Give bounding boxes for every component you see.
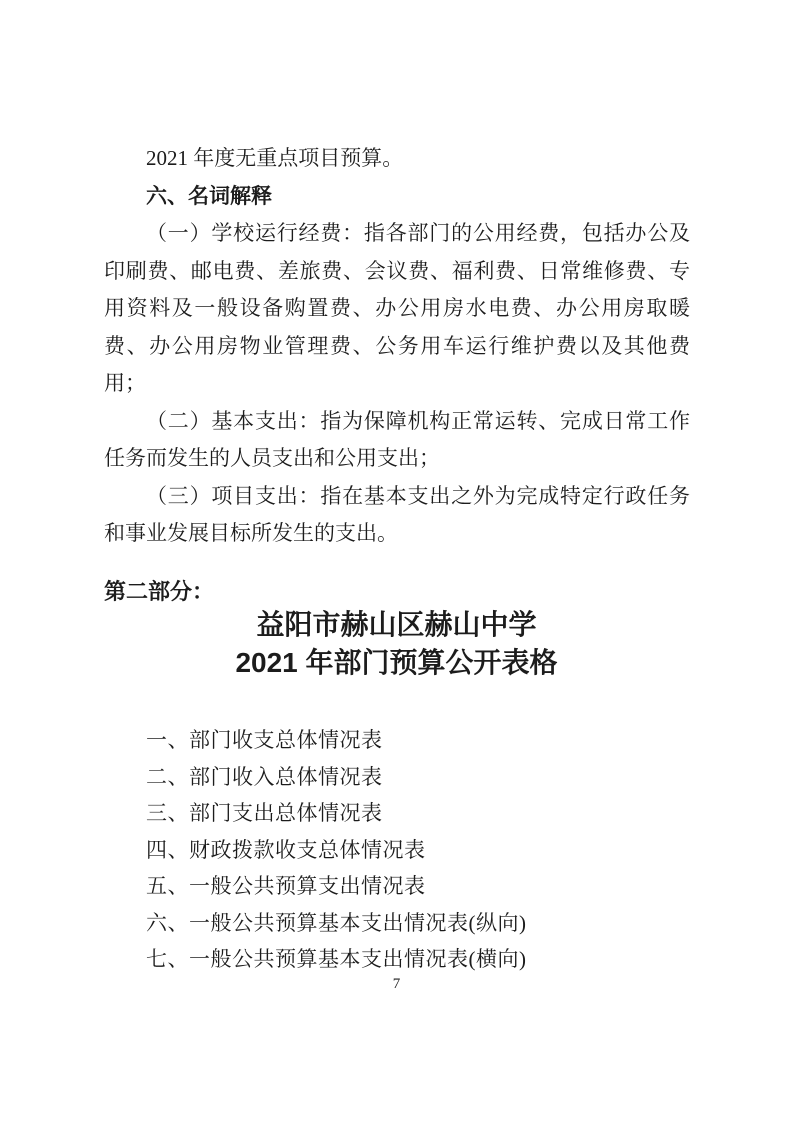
- part2-label: 第二部分：: [104, 577, 214, 607]
- page-number: 7: [0, 976, 793, 993]
- table-list-item-3: 三、部门支出总体情况表: [104, 795, 690, 832]
- title-line-school-name: 益阳市赫山区赫山中学: [0, 606, 793, 644]
- paragraph-term-project-expenditure: （三）项目支出：指在基本支出之外为完成特定行政任务和事业发展目标所发生的支出。: [104, 478, 690, 553]
- title-line-budget-tables: 2021 年部门预算公开表格: [0, 644, 793, 682]
- table-list-item-1: 一、部门收支总体情况表: [104, 722, 690, 759]
- table-list-item-2: 二、部门收入总体情况表: [104, 759, 690, 796]
- table-list-item-5: 五、一般公共预算支出情况表: [104, 868, 690, 905]
- heading-terms-explanation: 六、名词解释: [104, 178, 690, 216]
- document-page: 2021 年度无重点项目预算。 六、名词解释 （一）学校运行经费：指各部门的公用…: [0, 0, 793, 1122]
- table-list-item-4: 四、财政拨款收支总体情况表: [104, 832, 690, 869]
- paragraph-term-basic-expenditure: （二）基本支出：指为保障机构正常运转、完成日常工作任务而发生的人员支出和公用支出…: [104, 403, 690, 478]
- table-list-item-7: 七、一般公共预算基本支出情况表(横向): [104, 941, 690, 978]
- body-text-block: 2021 年度无重点项目预算。 六、名词解释 （一）学校运行经费：指各部门的公用…: [104, 140, 690, 553]
- document-title: 益阳市赫山区赫山中学 2021 年部门预算公开表格: [0, 606, 793, 682]
- paragraph-no-key-project: 2021 年度无重点项目预算。: [104, 140, 690, 178]
- table-list-item-6: 六、一般公共预算基本支出情况表(纵向): [104, 905, 690, 942]
- paragraph-term-school-operating-funds: （一）学校运行经费：指各部门的公用经费，包括办公及印刷费、邮电费、差旅费、会议费…: [104, 215, 690, 403]
- table-list: 一、部门收支总体情况表 二、部门收入总体情况表 三、部门支出总体情况表 四、财政…: [104, 722, 690, 978]
